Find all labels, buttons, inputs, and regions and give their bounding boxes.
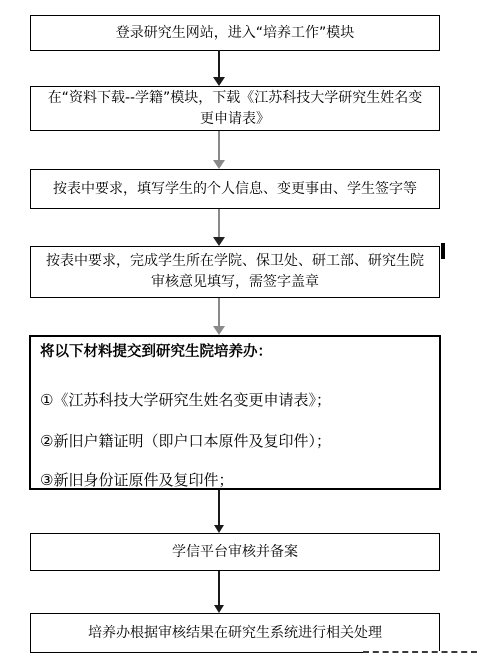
arrow-line <box>218 50 220 77</box>
submit-materials-title: 将以下材料提交到研究生院培养办： <box>40 344 272 361</box>
arrow-down-icon-6 <box>213 571 225 613</box>
step-fill-info-label: 按表中要求，填写学生的个人信息、变更事由、学生签字等 <box>53 179 417 200</box>
arrow-head <box>213 160 225 169</box>
step-xuexin-record-label: 学信平台审核并备案 <box>172 542 298 563</box>
arrow-down-icon-1 <box>213 50 225 86</box>
step-submit-materials-box: 将以下材料提交到研究生院培养办： ①《江苏科技大学研究生姓名变更申请表》； ②新… <box>29 335 441 490</box>
step-final-processing-box: 培养办根据审核结果在研究生系统进行相关处理 <box>30 613 440 653</box>
arrow-down-icon-4 <box>213 298 225 335</box>
step-fill-info-box: 按表中要求，填写学生的个人信息、变更事由、学生签字等 <box>30 169 440 209</box>
arrow-down-icon-5 <box>213 490 225 533</box>
arrow-line <box>218 209 220 237</box>
arrow-down-icon-2 <box>213 131 225 169</box>
arrow-line <box>218 131 220 160</box>
step-final-processing-label: 培养办根据审核结果在研究生系统进行相关处理 <box>88 623 382 644</box>
text-cursor-artifact <box>441 243 445 259</box>
dashed-line-artifact <box>363 651 477 657</box>
step-download-form-box: 在“资料下载--学籍”模块，下载《江苏科技大学研究生姓名变更申请表》 <box>30 86 440 131</box>
arrow-head <box>213 77 225 86</box>
step-xuexin-record-box: 学信平台审核并备案 <box>30 533 440 571</box>
arrow-line <box>218 490 220 525</box>
step-approval-label: 按表中要求，完成学生所在学院、保卫处、研工部、研究生院审核意见填写，需签字盖章 <box>41 251 429 293</box>
arrow-line <box>218 571 220 605</box>
submit-materials-item-2: ②新旧户籍证明（即户口本原件及复印件）； <box>40 433 331 450</box>
arrow-down-icon-3 <box>213 209 225 246</box>
step-login-box: 登录研究生网站，进入“培养工作”模块 <box>30 15 440 51</box>
arrow-line <box>218 298 220 326</box>
arrow-head <box>214 605 224 613</box>
step-download-form-label: 在“资料下载--学籍”模块，下载《江苏科技大学研究生姓名变更申请表》 <box>41 88 429 130</box>
flowchart-canvas: 登录研究生网站，进入“培养工作”模块 在“资料下载--学籍”模块，下载《江苏科技… <box>0 0 479 672</box>
submit-materials-item-1: ①《江苏科技大学研究生姓名变更申请表》； <box>40 392 331 409</box>
arrow-head <box>213 237 225 246</box>
arrow-head <box>213 326 225 335</box>
arrow-head <box>214 525 224 533</box>
step-approval-box: 按表中要求，完成学生所在学院、保卫处、研工部、研究生院审核意见填写，需签字盖章 <box>30 246 440 298</box>
step-login-label: 登录研究生网站，进入“培养工作”模块 <box>116 23 355 44</box>
submit-materials-item-3: ③新旧身份证原件及复印件； <box>40 472 233 489</box>
